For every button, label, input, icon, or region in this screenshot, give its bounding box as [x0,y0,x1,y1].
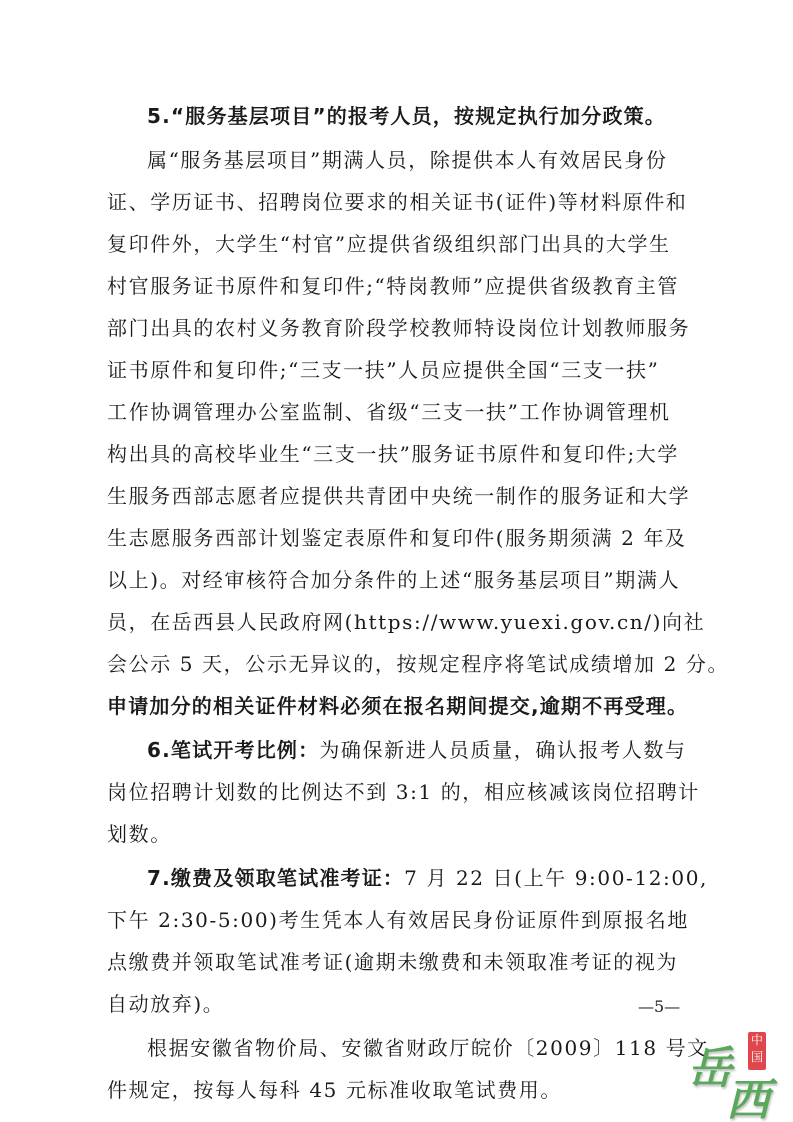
paragraph-line: 下午 2:30-5:00)考生凭本人有效居民身份证原件到原报名地 [107,907,687,933]
seal-char-guo: 国 [748,1049,766,1066]
paragraph-line: 复印件外，大学生“村官”应提供省级组织部门出具的大学生 [107,231,687,257]
yuexi-logo: 岳 西 中 国 [688,1032,778,1116]
paragraph-line: 属“服务基层项目”期满人员，除提供本人有效居民身份 [147,147,727,173]
paragraph-line: 点缴费并领取笔试准考证(逾期未缴费和未领取准考证的视为 [107,949,687,975]
section7-label: 7.缴费及领取笔试准考证： [147,866,404,890]
paragraph-line: 会公示 5 天，公示无异议的，按规定程序将笔试成绩增加 2 分。 [107,651,687,677]
seal-char-zhong: 中 [748,1032,766,1049]
paragraph-line: 证、学历证书、招聘岗位要求的相关证书(证件)等材料原件和 [107,189,687,215]
section7-line1: 7.缴费及领取笔试准考证：7 月 22 日(上午 9:00-12:00, [147,865,727,891]
paragraph-line: 生服务西部志愿者应提供共青团中央统一制作的服务证和大学 [107,483,687,509]
section6-text: 为确保新进人员质量，确认报考人数与 [319,738,686,762]
section6-label: 6.笔试开考比例： [147,738,319,762]
page-number: —5— [638,997,680,1016]
paragraph-line: 划数。 [107,821,687,847]
paragraph-line: 以上)。对经审核符合加分条件的上述“服务基层项目”期满人 [107,567,687,593]
paragraph-line: 工作协调管理办公室监制、省级“三支一扶”工作协调管理机 [107,399,687,425]
paragraph-line: 部门出具的农村义务教育阶段学校教师特设岗位计划教师服务 [107,315,687,341]
paragraph-line: 村官服务证书原件和复印件;“特岗教师”应提供省级教育主管 [107,273,687,299]
section5-heading: 5.“服务基层项目”的报考人员，按规定执行加分政策。 [147,103,727,129]
document-page: 5.“服务基层项目”的报考人员，按规定执行加分政策。 属“服务基层项目”期满人员… [0,0,793,1122]
paragraph-line: 构出具的高校毕业生“三支一扶”服务证书原件和复印件;大学 [107,441,687,467]
deadline-notice: 申请加分的相关证件材料必须在报名期间提交,逾期不再受理。 [107,693,687,719]
paragraph-line: 证书原件和复印件;“三支一扶”人员应提供全国“三支一扶” [107,357,687,383]
paragraph-line: 自动放弃)。 [107,991,687,1017]
fee-line1: 根据安徽省物价局、安徽省财政厅皖价〔2009〕118 号文 [147,1035,727,1061]
fee-line2: 件规定，按每人每科 45 元标准收取笔试费用。 [107,1077,687,1103]
section6-line1: 6.笔试开考比例：为确保新进人员质量，确认报考人数与 [147,737,727,763]
section7-text: 7 月 22 日(上午 9:00-12:00, [404,866,708,890]
paragraph-line: 生志愿服务西部计划鉴定表原件和复印件(服务期须满 2 年及 [107,525,687,551]
paragraph-line-with-url: 员，在岳西县人民政府网(https://www.yuexi.gov.cn/)向社 [107,609,687,635]
paragraph-line: 岗位招聘计划数的比例达不到 3:1 的，相应核减该岗位招聘计 [107,779,687,805]
logo-char-xi: 西 [726,1064,770,1122]
china-seal-icon: 中 国 [748,1032,766,1070]
